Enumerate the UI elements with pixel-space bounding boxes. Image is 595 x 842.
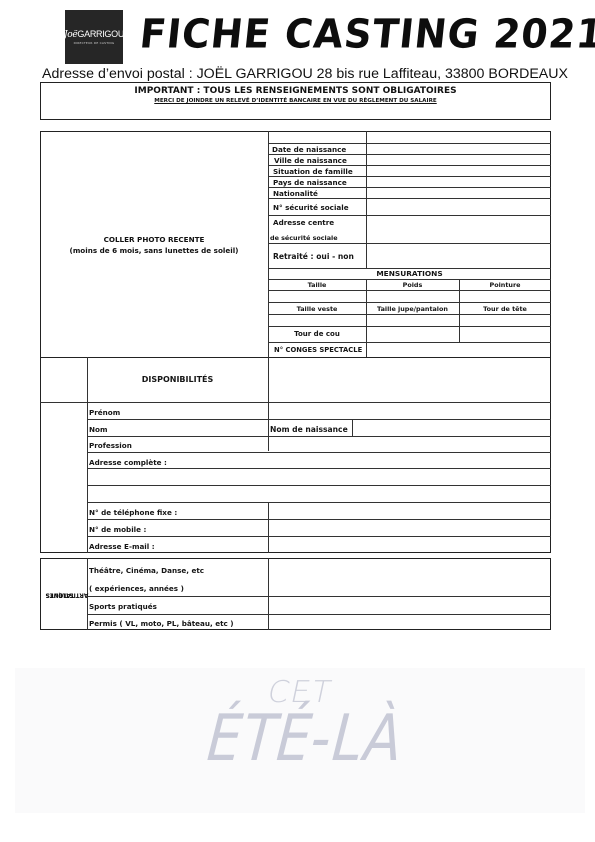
divider <box>87 357 88 553</box>
mens-label-tour-tete: Tour de tête <box>459 305 551 313</box>
input-adresse-centre[interactable] <box>367 216 550 243</box>
mens-label-conges: N° CONGES SPECTACLE <box>274 346 362 354</box>
field-label-retraite: Retraité : oui - non <box>273 252 354 261</box>
field-label-profession: Profession <box>89 441 132 450</box>
input-date-naissance[interactable] <box>367 144 550 154</box>
mens-label-tour-cou: Tour de cou <box>268 330 366 338</box>
input-nationalite[interactable] <box>367 188 550 198</box>
postal-address: Adresse d’envoi postal : JOËL GARRIGOU 2… <box>42 66 568 82</box>
input-nom[interactable] <box>88 420 267 436</box>
mensurations-title: MENSURATIONS <box>268 269 551 278</box>
mens-label-pointure: Pointure <box>459 281 551 289</box>
field-label-mobile: N° de mobile : <box>89 525 146 534</box>
logo-name: GARRIGOU <box>77 29 124 39</box>
field-label-prenom: Prénom <box>89 408 120 417</box>
input-conges-spectacle[interactable] <box>367 343 550 357</box>
disponibilites-label: DISPONIBILITÉS <box>87 375 268 384</box>
input-ville-naissance[interactable] <box>367 155 550 165</box>
input-taille[interactable] <box>269 291 365 301</box>
divider <box>87 452 551 453</box>
field-label-situation-famille: Situation de famille <box>273 167 353 176</box>
input-retraite[interactable] <box>367 244 550 268</box>
input-situation-famille[interactable] <box>367 166 550 176</box>
logo-subtitle: DIRECTEUR DE CASTING <box>74 41 115 45</box>
mens-label-poids: Poids <box>366 281 459 289</box>
field-label-adresse: Adresse complète : <box>89 458 167 467</box>
input-taille-veste[interactable] <box>269 315 365 325</box>
logo: JoëGARRIGOU DIRECTEUR DE CASTING <box>65 10 123 64</box>
page-title: FICHE CASTING 2021 <box>138 11 595 57</box>
field-label-ville-naissance: Ville de naissance <box>274 156 347 165</box>
input-sports[interactable] <box>269 597 550 614</box>
input-tour-tete[interactable] <box>460 315 550 325</box>
mens-label-taille-veste: Taille veste <box>268 305 366 313</box>
input-pays-naissance[interactable] <box>367 177 550 187</box>
input-poids[interactable] <box>367 291 458 301</box>
photo-instruction: COLLER PHOTO RECENTE <box>40 234 268 245</box>
input-prenom[interactable] <box>269 403 550 419</box>
photo-placeholder[interactable]: COLLER PHOTO RECENTE (moins de 6 mois, s… <box>40 234 268 256</box>
input-pointure[interactable] <box>460 291 550 301</box>
field-label-date-naissance: Date de naissance <box>272 145 346 154</box>
input-taille-jupe[interactable] <box>367 315 458 325</box>
field-label-pays-naissance: Pays de naissance <box>273 178 347 187</box>
field-label-email: Adresse E-mail : <box>89 542 155 551</box>
input-adresse-2[interactable] <box>88 486 550 502</box>
divider <box>268 302 551 303</box>
mens-label-taille: Taille <box>268 281 366 289</box>
input-nom-naissance[interactable] <box>353 420 550 436</box>
mens-label-taille-jupe: Taille jupe/pantalon <box>366 305 459 313</box>
input-email[interactable] <box>269 537 550 552</box>
logo-name-italic: Joë <box>64 30 77 40</box>
field-label-nationalite: Nationalité <box>273 189 318 198</box>
input-tour-cou[interactable] <box>367 327 550 342</box>
field-label-securite-sociale: N° sécurité sociale <box>273 203 349 212</box>
input-mobile[interactable] <box>269 520 550 536</box>
field-label-tel-fixe: N° de téléphone fixe : <box>89 508 177 517</box>
field-label-nom-naissance: Nom de naissance <box>270 425 348 434</box>
notice-important: IMPORTANT : TOUS LES RENSEIGNEMENTS SONT… <box>40 86 551 96</box>
photo-requirements: (moins de 6 mois, sans lunettes de solei… <box>40 245 268 256</box>
field-label-sports: Sports pratiqués <box>89 602 157 611</box>
field-label-permis: Permis ( VL, moto, PL, bâteau, etc ) <box>89 619 234 628</box>
input-securite-sociale[interactable] <box>367 199 550 215</box>
input-tel-fixe[interactable] <box>269 503 550 519</box>
divider <box>268 279 551 280</box>
input-adresse-1[interactable] <box>88 469 550 485</box>
talents-label-2: ARTISTIQUES <box>46 591 89 598</box>
poster-text-ete-la: ÉTÉ-LÀ <box>198 702 412 776</box>
input-permis[interactable] <box>269 615 550 629</box>
talents-section-label: TALENTSARTISTIQUES <box>40 560 87 628</box>
notice-rib: MERCI DE JOINDRE UN RELEVÉ D’IDENTITÉ BA… <box>40 98 551 104</box>
field-label-securite-sociale-2: de sécurité sociale <box>270 234 338 242</box>
input-disponibilites[interactable] <box>269 358 550 401</box>
field-label-adresse-centre: Adresse centre <box>273 218 334 227</box>
field-label-theatre: Théâtre, Cinéma, Danse, etc <box>89 566 204 575</box>
field-label-experiences: ( expériences, années ) <box>89 584 184 593</box>
input-profession[interactable] <box>269 437 550 452</box>
input-theatre[interactable] <box>269 559 550 596</box>
